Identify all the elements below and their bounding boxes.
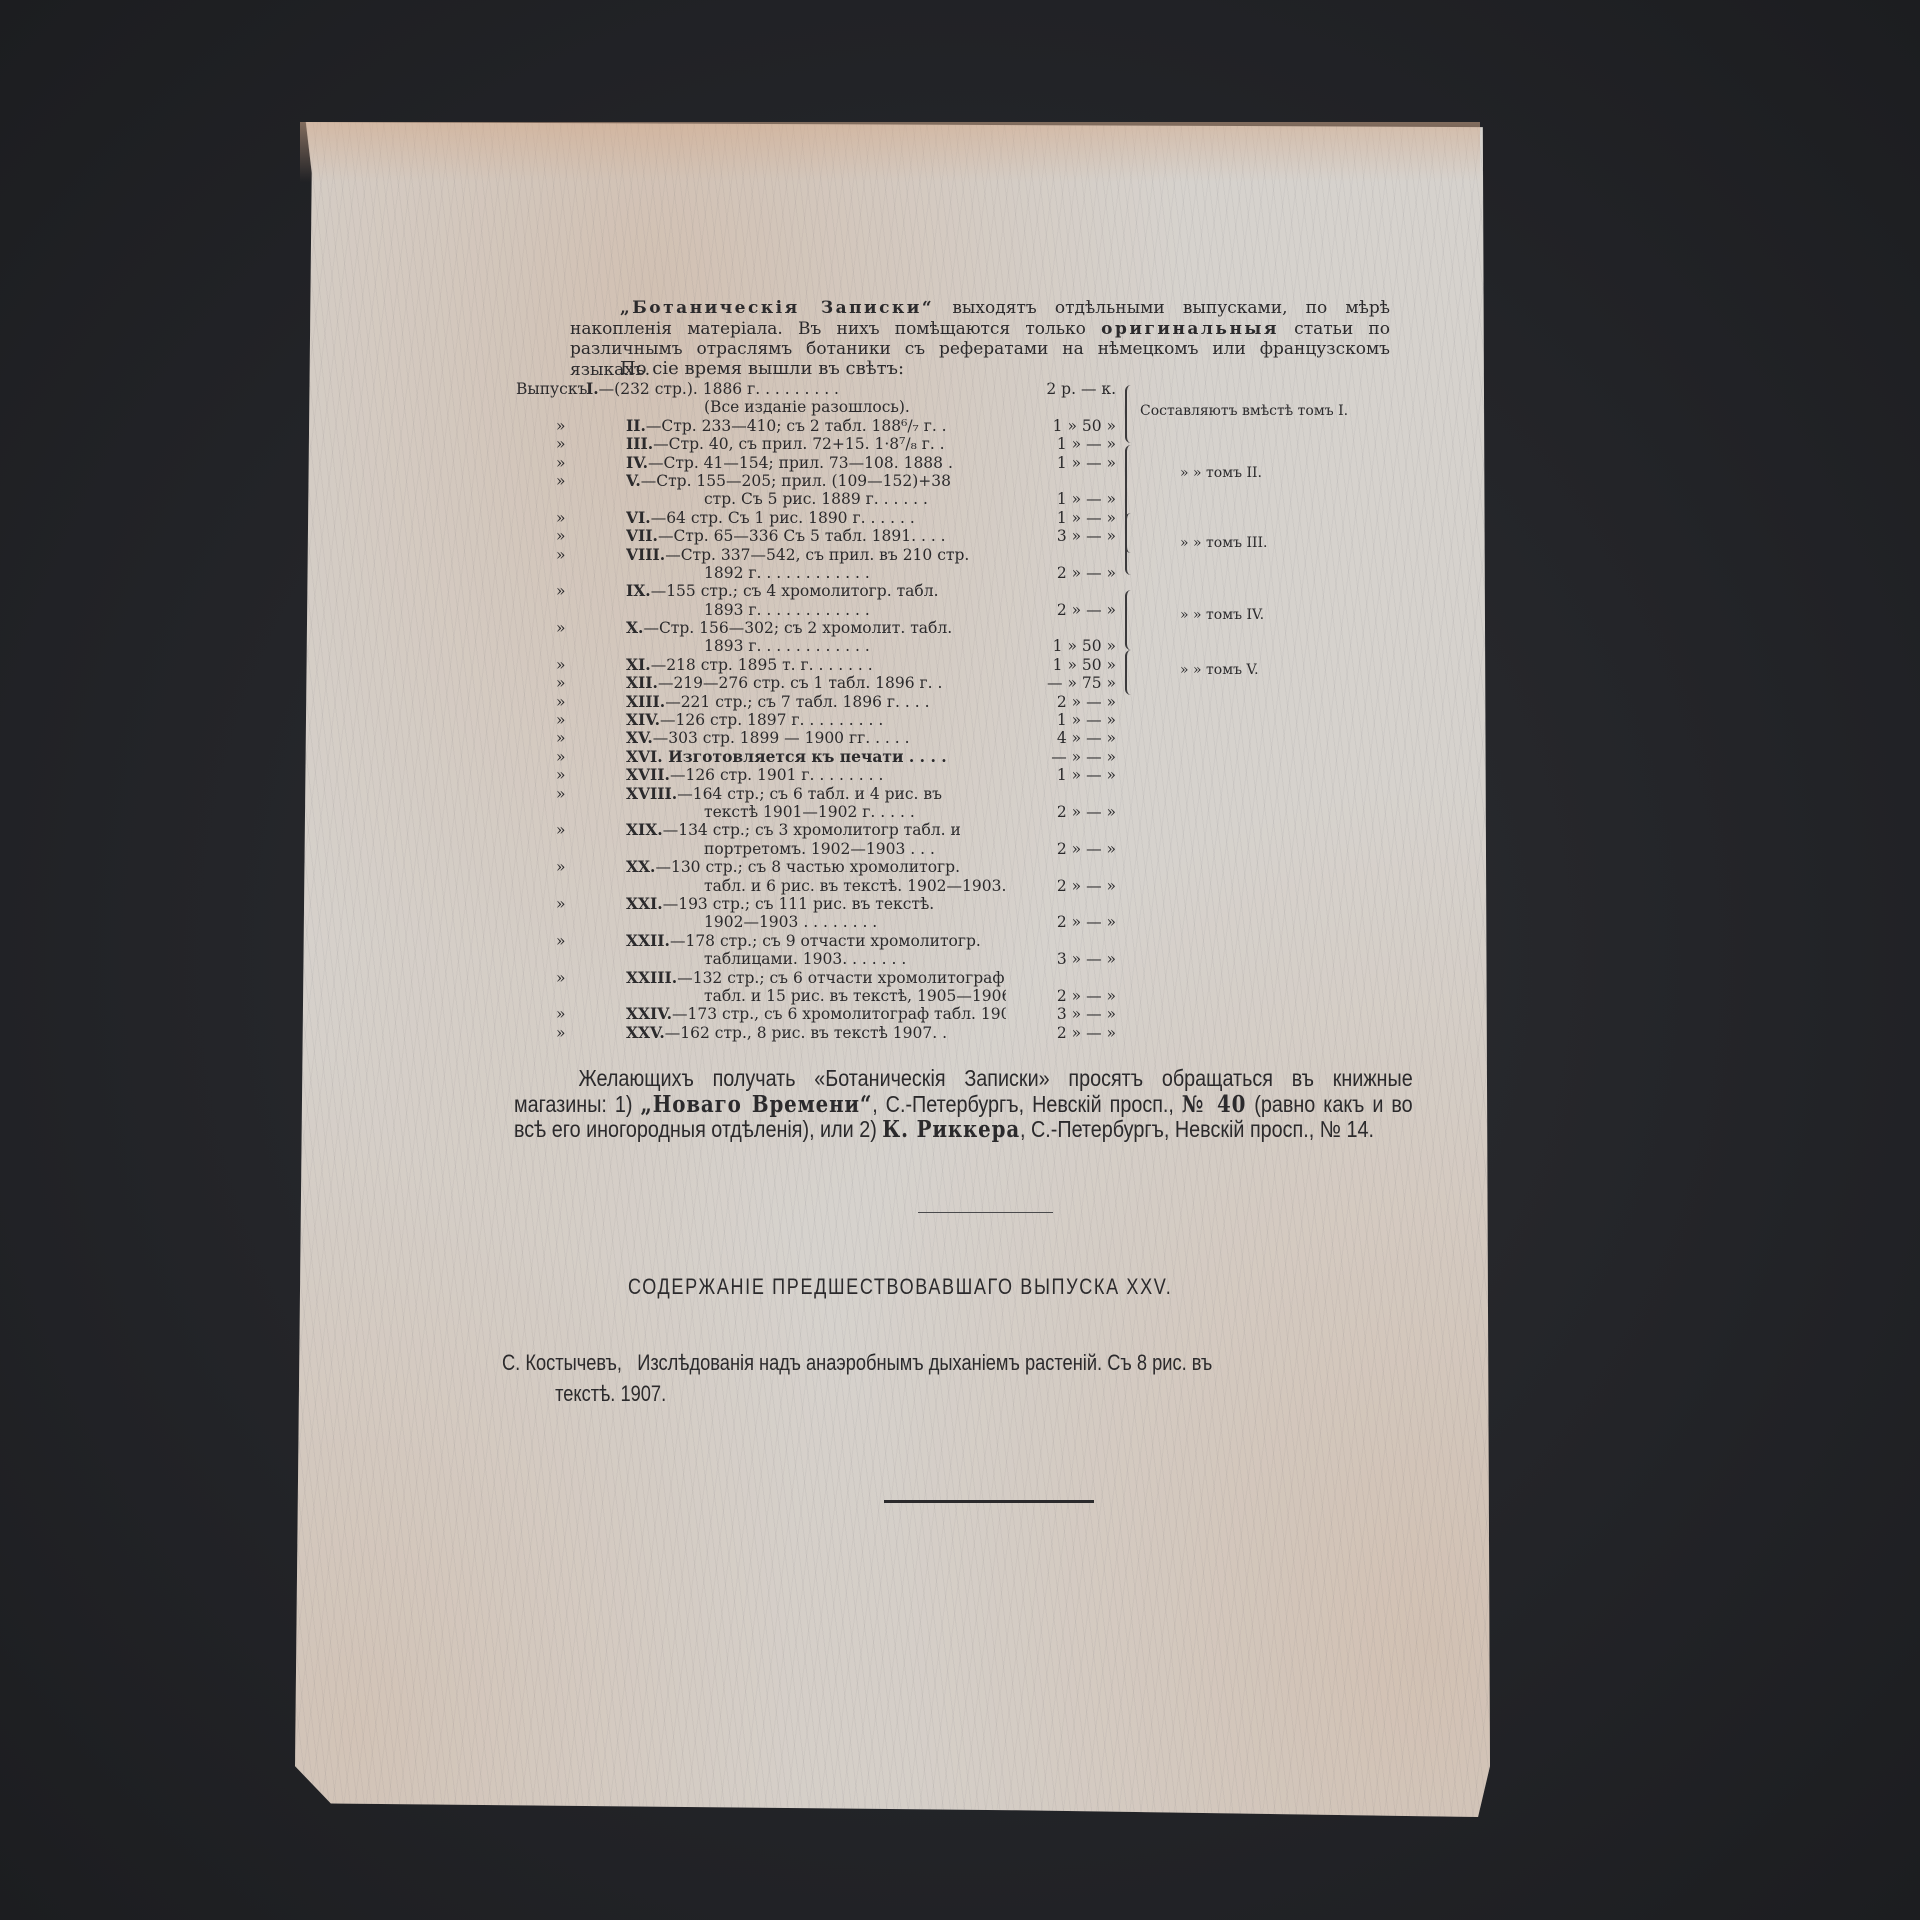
issue-desc-text: —126 стр. 1897 г. . . . . . . . . bbox=[660, 711, 883, 729]
issue-desc: таблицами. 1903. . . . . . . bbox=[626, 950, 1006, 968]
volume-label-2: » » томъ II. bbox=[1180, 465, 1262, 481]
issue-row: »XVII.—126 стр. 1901 г. . . . . . . .1 »… bbox=[556, 766, 1116, 784]
issue-number: IX. bbox=[626, 582, 651, 600]
issue-price: 1 » — » bbox=[1006, 435, 1116, 453]
issue-price: 2 » — » bbox=[1006, 987, 1116, 1005]
issue-row: »II.—Стр. 233—410; съ 2 табл. 188⁶/₇ г. … bbox=[556, 417, 1116, 435]
entry-title: Изслѣдованія надъ анаэробнымъ дыханіемъ … bbox=[637, 1350, 1212, 1375]
shop-number: № 40 bbox=[1182, 1091, 1246, 1118]
issue-desc: XII.—219—276 стр. съ 1 табл. 1896 г. . bbox=[626, 674, 1006, 692]
issue-desc-text: —Стр. 40, съ прил. 72+15. 1·8⁷/₈ г. . bbox=[653, 435, 944, 453]
issue-prefix: » bbox=[556, 582, 626, 600]
issue-desc-text: текстѣ 1901—1902 г. . . . . bbox=[704, 803, 915, 821]
issue-price bbox=[1006, 619, 1116, 637]
issue-price: 2 » — » bbox=[1006, 693, 1116, 711]
issue-desc-text: —Стр. 65—336 Съ 5 табл. 1891. . . . bbox=[658, 527, 946, 545]
issue-desc-text: —193 стр.; съ 111 рис. въ текстѣ. bbox=[663, 895, 935, 913]
issue-row: »XI.—218 стр. 1895 т. г. . . . . . .1 » … bbox=[556, 656, 1116, 674]
issue-number: X. bbox=[626, 619, 643, 637]
issue-price: — » — » bbox=[1006, 748, 1116, 766]
issue-price: 1 » 50 » bbox=[1006, 417, 1116, 435]
issue-price: 2 » — » bbox=[1006, 840, 1116, 858]
issue-prefix bbox=[556, 601, 626, 619]
issue-desc: портретомъ. 1902—1903 . . . bbox=[626, 840, 1006, 858]
issue-desc-text: —221 стр.; съ 7 табл. 1896 г. . . . bbox=[665, 693, 929, 711]
issue-desc: IV.—Стр. 41—154; прил. 73—108. 1888 . bbox=[626, 454, 1006, 472]
issue-desc-text: —Стр. 337—542, съ прил. въ 210 стр. bbox=[665, 546, 969, 564]
issue-prefix bbox=[556, 950, 626, 968]
issue-prefix: » bbox=[556, 527, 626, 545]
issue-number: XX. bbox=[626, 858, 655, 876]
orders-paragraph: Желающихъ получать «Ботаническія Записки… bbox=[514, 1066, 1413, 1143]
issue-prefix: » bbox=[556, 509, 626, 527]
issue-number: III. bbox=[626, 435, 653, 453]
issue-prefix: » bbox=[556, 1024, 626, 1042]
issue-desc: VIII.—Стр. 337—542, съ прил. въ 210 стр. bbox=[626, 546, 1006, 564]
issue-prefix bbox=[556, 490, 626, 508]
issue-row: стр. Съ 5 рис. 1889 г. . . . . .1 » — » bbox=[556, 490, 1116, 508]
issue-row: »XIII.—221 стр.; съ 7 табл. 1896 г. . . … bbox=[556, 693, 1116, 711]
issue-prefix bbox=[556, 637, 626, 655]
entry-title-cont: текстѣ. 1907. bbox=[502, 1378, 1481, 1409]
issue-number: II. bbox=[626, 417, 646, 435]
issue-number: XI. bbox=[626, 656, 651, 674]
issue-desc: VII.—Стр. 65—336 Съ 5 табл. 1891. . . . bbox=[626, 527, 1006, 545]
issue-desc-text: таблицами. 1903. . . . . . . bbox=[704, 950, 906, 968]
issue-desc-text: —303 стр. 1899 — 1900 гг. . . . . bbox=[653, 729, 910, 747]
issue-desc: 1902—1903 . . . . . . . . bbox=[626, 913, 1006, 931]
issue-row: текстѣ 1901—1902 г. . . . .2 » — » bbox=[556, 803, 1116, 821]
issue-price: 1 » — » bbox=[1006, 711, 1116, 729]
issue-desc: (Все изданіе разошлось). bbox=[626, 398, 1006, 416]
divider-short bbox=[918, 1212, 1053, 1213]
issue-price: 2 » — » bbox=[1006, 564, 1116, 582]
issue-desc-text: —178 стр.; съ 9 отчасти хромолитогр. bbox=[670, 932, 981, 950]
issue-price bbox=[1006, 472, 1116, 490]
bracket-vol-3 bbox=[1125, 513, 1137, 575]
issue-row: (Все изданіе разошлось). bbox=[556, 398, 1116, 416]
issue-prefix: » bbox=[556, 1005, 626, 1023]
issue-desc-text: —Стр. 41—154; прил. 73—108. 1888 . bbox=[648, 454, 953, 472]
issue-desc: XVI. Изготовляется къ печати . . . . bbox=[626, 748, 1006, 766]
issue-prefix: » bbox=[556, 729, 626, 747]
issue-number: XV. bbox=[626, 729, 653, 747]
issue-row: »XVI. Изготовляется къ печати . . . .— »… bbox=[556, 748, 1116, 766]
issue-desc: текстѣ 1901—1902 г. . . . . bbox=[626, 803, 1006, 821]
issue-prefix bbox=[556, 398, 626, 416]
issue-prefix: » bbox=[556, 454, 626, 472]
issue-row: »VII.—Стр. 65—336 Съ 5 табл. 1891. . . .… bbox=[556, 527, 1116, 545]
issue-desc-text: —132 стр.; съ 6 отчасти хромолитограф. bbox=[677, 969, 1006, 987]
issue-desc-text: —173 стр., съ 6 хромолитограф табл. 1907 bbox=[672, 1005, 1006, 1023]
issue-price: 1 » — » bbox=[1006, 509, 1116, 527]
issue-row: »V.—Стр. 155—205; прил. (109—152)+38 bbox=[556, 472, 1116, 490]
issue-number: XXII. bbox=[626, 932, 670, 950]
issue-row: 1892 г. . . . . . . . . . . .2 » — » bbox=[556, 564, 1116, 582]
volume-label-1: Составляютъ вмѣстѣ томъ I. bbox=[1140, 403, 1348, 419]
issue-desc: III.—Стр. 40, съ прил. 72+15. 1·8⁷/₈ г. … bbox=[626, 435, 1006, 453]
issue-desc-text: —164 стр.; съ 6 табл. и 4 рис. въ bbox=[677, 785, 942, 803]
issue-desc: табл. и 15 рис. въ текстѣ, 1905—1906 bbox=[626, 987, 1006, 1005]
issue-desc: XXIV.—173 стр., съ 6 хромолитограф табл.… bbox=[626, 1005, 1006, 1023]
issue-row: табл. и 15 рис. въ текстѣ, 1905—19062 » … bbox=[556, 987, 1116, 1005]
issue-desc-text: (Все изданіе разошлось). bbox=[704, 398, 910, 416]
issue-prefix: » bbox=[556, 619, 626, 637]
issue-row: »IX.—155 стр.; съ 4 хромолитогр. табл. bbox=[556, 582, 1116, 600]
issue-number: IV. bbox=[626, 454, 648, 472]
issue-price: 1 » — » bbox=[1006, 490, 1116, 508]
issue-desc-text: Изготовляется къ печати . . . . bbox=[663, 748, 947, 766]
issue-number: XIV. bbox=[626, 711, 660, 729]
issue-desc: 1893 г. . . . . . . . . . . . bbox=[626, 637, 1006, 655]
issue-row: ВыпускъI.—(232 стр.). 1886 г. . . . . . … bbox=[556, 380, 1116, 398]
issue-price bbox=[1006, 398, 1116, 416]
issue-row: »XIV.—126 стр. 1897 г. . . . . . . . .1 … bbox=[556, 711, 1116, 729]
issue-desc-text: 1892 г. . . . . . . . . . . . bbox=[704, 564, 870, 582]
issue-number: XXIII. bbox=[626, 969, 677, 987]
issue-number: XXIV. bbox=[626, 1005, 672, 1023]
issue-desc: стр. Съ 5 рис. 1889 г. . . . . . bbox=[626, 490, 1006, 508]
issue-row: »XXIII.—132 стр.; съ 6 отчасти хромолито… bbox=[556, 969, 1116, 987]
issue-prefix bbox=[556, 913, 626, 931]
issue-desc: VI.—64 стр. Съ 1 рис. 1890 г. . . . . . bbox=[626, 509, 1006, 527]
issue-number: XVI. bbox=[626, 748, 663, 766]
issue-desc-text: портретомъ. 1902—1903 . . . bbox=[704, 840, 935, 858]
issue-prefix bbox=[556, 564, 626, 582]
issue-prefix: » bbox=[556, 932, 626, 950]
issue-row: »IV.—Стр. 41—154; прил. 73—108. 1888 .1 … bbox=[556, 454, 1116, 472]
issue-price: 2 р. — к. bbox=[1006, 380, 1116, 398]
issue-row: портретомъ. 1902—1903 . . .2 » — » bbox=[556, 840, 1116, 858]
issue-price: 2 » — » bbox=[1006, 913, 1116, 931]
issue-desc-text: —126 стр. 1901 г. . . . . . . . bbox=[670, 766, 883, 784]
issue-price bbox=[1006, 895, 1116, 913]
issue-price bbox=[1006, 932, 1116, 950]
issue-price bbox=[1006, 785, 1116, 803]
issue-desc-text: 1893 г. . . . . . . . . . . . bbox=[704, 637, 870, 655]
issue-prefix: » bbox=[556, 656, 626, 674]
journal-title: „Ботаническія Записки“ bbox=[620, 298, 934, 318]
issue-prefix: » bbox=[556, 748, 626, 766]
issue-desc-text: 1893 г. . . . . . . . . . . . bbox=[704, 601, 870, 619]
issue-price bbox=[1006, 969, 1116, 987]
issue-prefix: » bbox=[556, 969, 626, 987]
issue-desc: XXV.—162 стр., 8 рис. въ текстѣ 1907. . bbox=[626, 1024, 1006, 1042]
issue-desc: XIII.—221 стр.; съ 7 табл. 1896 г. . . . bbox=[626, 693, 1006, 711]
issue-prefix bbox=[556, 877, 626, 895]
issue-row: »XXV.—162 стр., 8 рис. въ текстѣ 1907. .… bbox=[556, 1024, 1116, 1042]
issue-desc-text: 1902—1903 . . . . . . . . bbox=[704, 913, 877, 931]
issue-price: 2 » — » bbox=[1006, 877, 1116, 895]
issue-row: табл. и 6 рис. въ текстѣ. 1902—1903.2 » … bbox=[556, 877, 1116, 895]
so-far-heading: По сіе время вышли въ свѣтъ: bbox=[620, 358, 904, 379]
issue-price: 3 » — » bbox=[1006, 950, 1116, 968]
orders-text-4: , С.-Петербургъ, Невскій просп., № 14. bbox=[1020, 1116, 1374, 1142]
issue-desc-text: табл. и 15 рис. въ текстѣ, 1905—1906 bbox=[704, 987, 1006, 1005]
issue-desc: XV.—303 стр. 1899 — 1900 гг. . . . . bbox=[626, 729, 1006, 747]
issue-desc: табл. и 6 рис. въ текстѣ. 1902—1903. bbox=[626, 877, 1006, 895]
issue-prefix: » bbox=[556, 472, 626, 490]
issue-price bbox=[1006, 821, 1116, 839]
issue-desc: X.—Стр. 156—302; съ 2 хромолит. табл. bbox=[626, 619, 1006, 637]
issue-price bbox=[1006, 546, 1116, 564]
issue-prefix: » bbox=[556, 546, 626, 564]
issue-prefix: Выпускъ bbox=[516, 380, 586, 398]
issue-row: »VIII.—Стр. 337—542, съ прил. въ 210 стр… bbox=[556, 546, 1116, 564]
issue-desc-text: —Стр. 233—410; съ 2 табл. 188⁶/₇ г. . bbox=[646, 417, 947, 435]
issue-number: XXI. bbox=[626, 895, 663, 913]
issue-prefix bbox=[556, 987, 626, 1005]
issue-prefix: » bbox=[556, 766, 626, 784]
issue-desc: XI.—218 стр. 1895 т. г. . . . . . . bbox=[626, 656, 1006, 674]
issue-row: »XV.—303 стр. 1899 — 1900 гг. . . . .4 »… bbox=[556, 729, 1116, 747]
bracket-vol-1 bbox=[1125, 385, 1137, 443]
issue-price: 2 » — » bbox=[1006, 601, 1116, 619]
issue-prefix: » bbox=[556, 785, 626, 803]
issue-row: »VI.—64 стр. Съ 1 рис. 1890 г. . . . . .… bbox=[556, 509, 1116, 527]
issue-number: VI. bbox=[626, 509, 651, 527]
issue-row: »XVIII.—164 стр.; съ 6 табл. и 4 рис. въ bbox=[556, 785, 1116, 803]
issue-desc: V.—Стр. 155—205; прил. (109—152)+38 bbox=[626, 472, 1006, 490]
issue-desc-text: —Стр. 156—302; съ 2 хромолит. табл. bbox=[643, 619, 952, 637]
issue-price: 3 » — » bbox=[1006, 1005, 1116, 1023]
issue-number: I. bbox=[586, 380, 599, 398]
issue-price: 2 » — » bbox=[1006, 803, 1116, 821]
issue-desc-text: табл. и 6 рис. въ текстѣ. 1902—1903. bbox=[704, 877, 1006, 895]
issue-row: 1902—1903 . . . . . . . .2 » — » bbox=[556, 913, 1116, 931]
entry-author: С. Костычевъ, bbox=[502, 1350, 622, 1375]
issue-row: »XIX.—134 стр.; съ 3 хромолитогр табл. и bbox=[556, 821, 1116, 839]
shop-novoe-vremya: „Новаго Времени“ bbox=[640, 1091, 872, 1118]
issue-price: 2 » — » bbox=[1006, 1024, 1116, 1042]
issue-price: 1 » — » bbox=[1006, 766, 1116, 784]
issue-desc: XXII.—178 стр.; съ 9 отчасти хромолитогр… bbox=[626, 932, 1006, 950]
issue-prefix bbox=[556, 803, 626, 821]
issue-row: »XX.—130 стр.; съ 8 частью хромолитогр. bbox=[556, 858, 1116, 876]
bracket-vol-4 bbox=[1125, 590, 1137, 650]
issue-number: XXV. bbox=[626, 1024, 665, 1042]
issue-number: VIII. bbox=[626, 546, 665, 564]
contents-entry: С. Костычевъ, Изслѣдованія надъ анаэробн… bbox=[502, 1347, 1481, 1409]
issue-desc: IX.—155 стр.; съ 4 хромолитогр. табл. bbox=[626, 582, 1006, 600]
issue-prefix: » bbox=[556, 435, 626, 453]
volume-label-4: » » томъ IV. bbox=[1180, 607, 1264, 623]
issue-desc: II.—Стр. 233—410; съ 2 табл. 188⁶/₇ г. . bbox=[626, 417, 1006, 435]
issue-price bbox=[1006, 582, 1116, 600]
bracket-vol-5 bbox=[1125, 650, 1137, 695]
issue-desc: XVII.—126 стр. 1901 г. . . . . . . . bbox=[626, 766, 1006, 784]
issue-prefix bbox=[556, 840, 626, 858]
issue-desc-text: —130 стр.; съ 8 частью хромолитогр. bbox=[655, 858, 960, 876]
volume-label-5: » » томъ V. bbox=[1180, 662, 1259, 678]
issue-desc-text: —(232 стр.). 1886 г. . . . . . . . . bbox=[599, 380, 839, 398]
issue-row: »X.—Стр. 156—302; съ 2 хромолит. табл. bbox=[556, 619, 1116, 637]
issue-prefix: » bbox=[556, 711, 626, 729]
issue-prefix: » bbox=[556, 693, 626, 711]
issue-desc: XXI.—193 стр.; съ 111 рис. въ текстѣ. bbox=[626, 895, 1006, 913]
issue-prefix: » bbox=[556, 858, 626, 876]
issue-desc: 1892 г. . . . . . . . . . . . bbox=[626, 564, 1006, 582]
issue-desc: XIV.—126 стр. 1897 г. . . . . . . . . bbox=[626, 711, 1006, 729]
issue-price: 1 » — » bbox=[1006, 454, 1116, 472]
issue-desc-text: —64 стр. Съ 1 рис. 1890 г. . . . . . bbox=[651, 509, 915, 527]
issue-price: 1 » 50 » bbox=[1006, 656, 1116, 674]
issue-prefix: » bbox=[556, 895, 626, 913]
issue-number: XIII. bbox=[626, 693, 665, 711]
issue-row: 1893 г. . . . . . . . . . . .1 » 50 » bbox=[556, 637, 1116, 655]
issue-desc-text: —218 стр. 1895 т. г. . . . . . . bbox=[651, 656, 873, 674]
issue-number: XIX. bbox=[626, 821, 663, 839]
issue-row: 1893 г. . . . . . . . . . . .2 » — » bbox=[556, 601, 1116, 619]
issue-desc: XVIII.—164 стр.; съ 6 табл. и 4 рис. въ bbox=[626, 785, 1006, 803]
volume-brackets: Составляютъ вмѣстѣ томъ I. » » томъ II. … bbox=[1125, 385, 1425, 685]
issue-prefix: » bbox=[556, 821, 626, 839]
issue-desc-text: —162 стр., 8 рис. въ текстѣ 1907. . bbox=[665, 1024, 947, 1042]
issue-row: »III.—Стр. 40, съ прил. 72+15. 1·8⁷/₈ г.… bbox=[556, 435, 1116, 453]
issue-desc: I.—(232 стр.). 1886 г. . . . . . . . . bbox=[586, 380, 1006, 398]
issue-price: 3 » — » bbox=[1006, 527, 1116, 545]
issue-row: »XXIV.—173 стр., съ 6 хромолитограф табл… bbox=[556, 1005, 1116, 1023]
issue-number: V. bbox=[626, 472, 641, 490]
intro-bold: оригинальныя bbox=[1101, 319, 1279, 339]
issue-number: XII. bbox=[626, 674, 658, 692]
shop-rikker: К. Риккера bbox=[882, 1116, 1020, 1143]
issue-prefix: » bbox=[556, 674, 626, 692]
issue-price: 4 » — » bbox=[1006, 729, 1116, 747]
issue-price bbox=[1006, 858, 1116, 876]
issue-list: ВыпускъI.—(232 стр.). 1886 г. . . . . . … bbox=[556, 380, 1116, 1042]
issue-number: XVII. bbox=[626, 766, 670, 784]
issue-row: таблицами. 1903. . . . . . .3 » — » bbox=[556, 950, 1116, 968]
divider-bold bbox=[884, 1500, 1094, 1503]
issue-desc: XX.—130 стр.; съ 8 частью хромолитогр. bbox=[626, 858, 1006, 876]
issue-desc-text: стр. Съ 5 рис. 1889 г. . . . . . bbox=[704, 490, 928, 508]
issue-row: »XII.—219—276 стр. съ 1 табл. 1896 г. .—… bbox=[556, 674, 1116, 692]
issue-desc: 1893 г. . . . . . . . . . . . bbox=[626, 601, 1006, 619]
issue-desc-text: —219—276 стр. съ 1 табл. 1896 г. . bbox=[658, 674, 943, 692]
issue-desc-text: —155 стр.; съ 4 хромолитогр. табл. bbox=[651, 582, 939, 600]
contents-title: СОДЕРЖАНІЕ ПРЕДШЕСТВОВАВШАГО ВЫПУСКА XXV… bbox=[628, 1274, 1172, 1300]
issue-desc-text: —134 стр.; съ 3 хромолитогр табл. и bbox=[663, 821, 961, 839]
issue-price: 1 » 50 » bbox=[1006, 637, 1116, 655]
issue-desc: XXIII.—132 стр.; съ 6 отчасти хромолитог… bbox=[626, 969, 1006, 987]
issue-prefix: » bbox=[556, 417, 626, 435]
issue-price: — » 75 » bbox=[1006, 674, 1116, 692]
issue-row: »XXI.—193 стр.; съ 111 рис. въ текстѣ. bbox=[556, 895, 1116, 913]
issue-row: »XXII.—178 стр.; съ 9 отчасти хромолитог… bbox=[556, 932, 1116, 950]
issue-desc: XIX.—134 стр.; съ 3 хромолитогр табл. и bbox=[626, 821, 1006, 839]
issue-number: VII. bbox=[626, 527, 658, 545]
orders-text-2: , С.-Петербургъ, Невскій просп., bbox=[872, 1091, 1182, 1117]
issue-desc-text: —Стр. 155—205; прил. (109—152)+38 bbox=[641, 472, 951, 490]
issue-number: XVIII. bbox=[626, 785, 677, 803]
volume-label-3: » » томъ III. bbox=[1180, 535, 1268, 551]
